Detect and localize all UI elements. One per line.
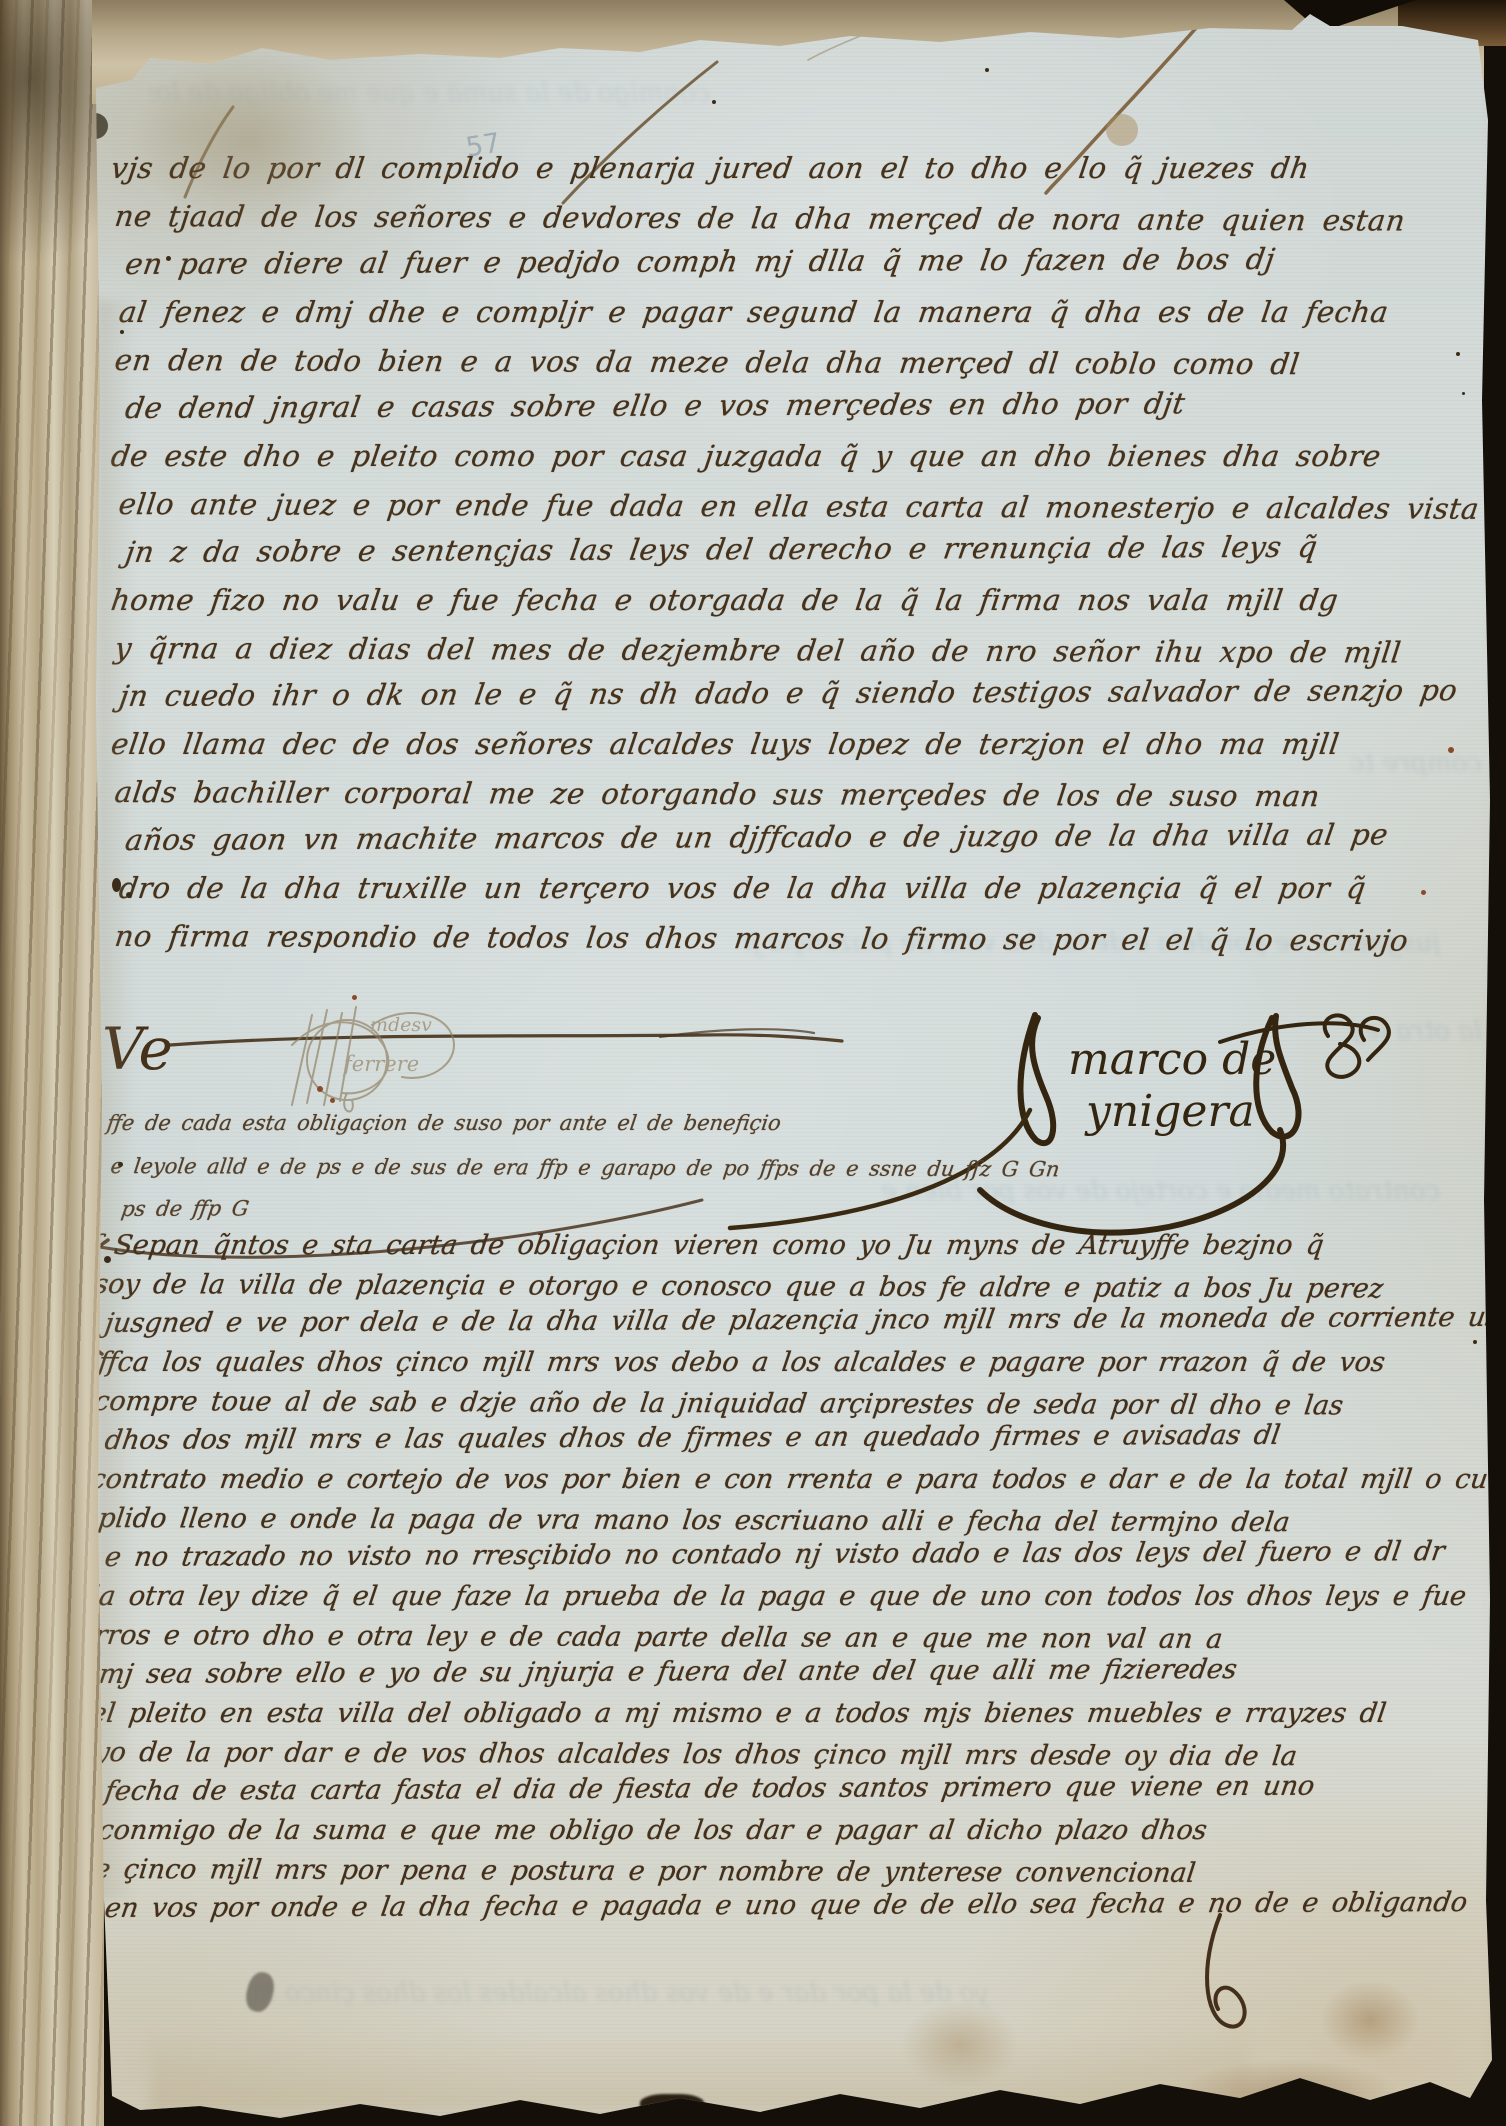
- signum-word: ferrere: [342, 1052, 419, 1076]
- signum-word: mdesv: [370, 1014, 432, 1036]
- rust-speck: [352, 995, 357, 1000]
- ink-speck: [1462, 392, 1465, 395]
- text-block-1: vjs de lo por dl complido e plenarja jur…: [108, 144, 1388, 960]
- ink-speck: [712, 100, 716, 104]
- manuscript-line: mj sea sobre ello e yo de su jnjurja e f…: [88, 1649, 1395, 1694]
- ink-speck: [126, 892, 132, 898]
- ink-speck: [118, 1162, 123, 1167]
- manuscript-photo: jusgned e ve por dela e de la dha villa …: [0, 0, 1506, 2126]
- manuscript-line: en pare diere al fuer e pedjdo comph mj …: [108, 234, 1396, 288]
- manuscript-line: jn z da sobre e sentençjas las leys del …: [108, 522, 1396, 576]
- ink-speck: [166, 256, 171, 261]
- manuscript-page: jusgned e ve por dela e de la dha villa …: [0, 0, 1506, 2126]
- manuscript-line: al fenez e dmj dhe e compljr e pagar seg…: [108, 288, 1395, 336]
- manuscript-line: no firma respondio de todos los dhos mar…: [108, 912, 1394, 964]
- manuscript-line: años gaon vn machite marcos de un djffca…: [108, 810, 1396, 864]
- ink-speck: [1473, 1340, 1477, 1344]
- ink-speck: [1456, 352, 1460, 356]
- final-descender-flourish: [1160, 1905, 1280, 2045]
- manuscript-line: de este dho e pleito como por casa juzga…: [108, 432, 1395, 480]
- manuscript-line: dhos dos mjll mrs e las quales dhos de f…: [88, 1415, 1395, 1460]
- manuscript-line: conmigo de la suma e que me obligo de lo…: [88, 1811, 1393, 1850]
- stain: [96, 300, 136, 1900]
- manuscript-line: home fizo no valu e fue fecha e otorgada…: [108, 576, 1395, 624]
- manuscript-line: fecha de esta carta fasta el dia de fies…: [88, 1766, 1395, 1811]
- manuscript-line: e no trazado no visto no rresçibido no c…: [88, 1532, 1395, 1577]
- manuscript-line: el pleito en esta villa del obligado a m…: [88, 1694, 1393, 1733]
- manuscript-line: ello llama dec de dos señores alcaldes l…: [108, 720, 1395, 768]
- ink-speck: [985, 68, 989, 72]
- manuscript-line: contrato medio e cortejo de vos por bien…: [88, 1460, 1393, 1499]
- manuscript-line: jusgned e ve por dela e de la dha villa …: [88, 1298, 1395, 1343]
- manuscript-line: jn cuedo ihr o dk on le e q̃ ns dh dado …: [108, 666, 1396, 720]
- rust-speck: [1421, 890, 1426, 895]
- text-block-2: ſ Sepan q̃ntos e sta carta de obligaçion…: [88, 1226, 1388, 1928]
- manuscript-line: dro de la dha truxille un terçero vos de…: [108, 864, 1395, 912]
- manuscript-line: ffe de cada esta obligaçion de suso por …: [104, 1102, 1430, 1145]
- ink-speck: [112, 878, 121, 892]
- rust-speck: [1448, 747, 1454, 753]
- manuscript-line: ſ Sepan q̃ntos e sta carta de obligaçion…: [88, 1226, 1393, 1265]
- book-gutter-edges: [0, 0, 104, 2126]
- stain: [1320, 1980, 1420, 2060]
- ink-blot: [640, 2094, 704, 2116]
- ink-speck: [104, 1256, 111, 1263]
- signature-name-line1: marco de: [1068, 1034, 1276, 1085]
- ink-speck: [120, 330, 124, 334]
- manuscript-line: la otra ley dize q̃ el que faze la prueb…: [88, 1577, 1393, 1616]
- stain: [130, 50, 370, 230]
- rust-speck: [317, 1086, 323, 1092]
- manuscript-line: ffca los quales dhos çinco mjll mrs vos …: [88, 1343, 1393, 1382]
- manuscript-line: de dend jngral e casas sobre ello e vos …: [108, 378, 1396, 432]
